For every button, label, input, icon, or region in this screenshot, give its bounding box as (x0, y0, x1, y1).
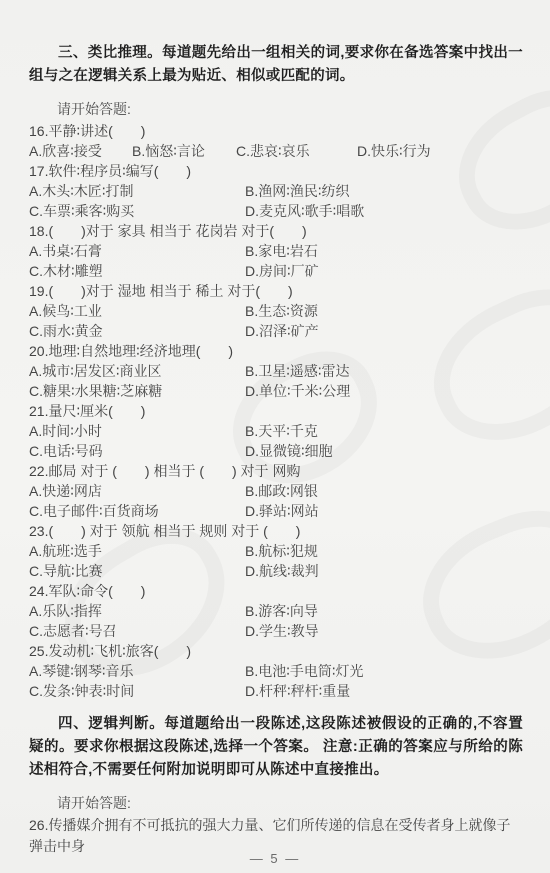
question-23-option-d: D.航线∶裁判 (245, 561, 523, 581)
question-23-options: A.航班∶选手 B.航标∶犯规 C.导航∶比赛 D.航线∶裁判 (29, 541, 523, 581)
question-23-option-a: A.航班∶选手 (29, 541, 245, 561)
question-16-option-b: B.恼怒∶言论 (132, 141, 236, 161)
section-3-start-prompt: 请开始答题: (29, 99, 523, 119)
question-19-option-a: A.候鸟∶工业 (29, 301, 245, 321)
section-4: 四、逻辑判断。每道题给出一段陈述,这段陈述被假设的正确的,不容置疑的。要求你根据… (29, 713, 523, 857)
question-22: 22.邮局 对于 ( ) 相当于 ( ) 对于 网购 A.快递∶网店 B.邮政∶… (29, 461, 523, 521)
question-20-options: A.城市∶居发区∶商业区 B.卫星∶遥感∶雷达 C.糖果∶水果糖∶芝麻糖 D.单… (29, 361, 523, 401)
question-19-stem: 19.( )对于 湿地 相当于 稀土 对于( ) (29, 281, 523, 301)
section-4-intro: 四、逻辑判断。每道题给出一段陈述,这段陈述被假设的正确的,不容置疑的。要求你根据… (29, 713, 523, 782)
question-23-stem: 23.( ) 对于 领航 相当于 规则 对于 ( ) (29, 521, 523, 541)
question-22-option-a: A.快递∶网店 (29, 481, 245, 501)
document-page: 三、类比推理。每道题先给出一组相关的词,要求你在备选答案中找出一组与之在逻辑关系… (0, 0, 550, 873)
question-21-stem: 21.量尺∶厘米( ) (29, 401, 523, 421)
question-16-options: A.欣喜∶接受 B.恼怒∶言论 C.悲哀∶哀乐 D.快乐∶行为 (29, 141, 523, 161)
section-3-intro: 三、类比推理。每道题先给出一组相关的词,要求你在备选答案中找出一组与之在逻辑关系… (29, 42, 523, 88)
question-21-option-a: A.时间∶小时 (29, 421, 245, 441)
question-25-option-d: D.杆秤∶秤杆∶重量 (245, 681, 523, 701)
question-21-options: A.时间∶小时 B.天平∶千克 C.电话∶号码 D.显微镜∶细胞 (29, 421, 523, 461)
question-19: 19.( )对于 湿地 相当于 稀土 对于( ) A.候鸟∶工业 B.生态∶资源… (29, 281, 523, 341)
question-24-option-d: D.学生∶教导 (245, 621, 523, 641)
question-18-option-d: D.房间∶厂矿 (245, 261, 523, 281)
question-20-option-d: D.单位∶千米∶公理 (245, 381, 523, 401)
question-23-option-c: C.导航∶比赛 (29, 561, 245, 581)
question-20-option-c: C.糖果∶水果糖∶芝麻糖 (29, 381, 245, 401)
question-16-option-d: D.快乐∶行为 (357, 141, 523, 161)
question-24-options: A.乐队∶指挥 B.游客∶向导 C.志愿者∶号召 D.学生∶教导 (29, 601, 523, 641)
question-21: 21.量尺∶厘米( ) A.时间∶小时 B.天平∶千克 C.电话∶号码 D.显微… (29, 401, 523, 461)
question-20-option-b: B.卫星∶遥感∶雷达 (245, 361, 523, 381)
question-18-option-c: C.木材∶雕塑 (29, 261, 245, 281)
question-19-options: A.候鸟∶工业 B.生态∶资源 C.雨水∶黄金 D.沼泽∶矿产 (29, 301, 523, 341)
question-17-option-c: C.车票∶乘客∶购买 (29, 201, 245, 221)
question-16: 16.平静∶讲述( ) A.欣喜∶接受 B.恼怒∶言论 C.悲哀∶哀乐 D.快乐… (29, 121, 523, 161)
question-21-option-b: B.天平∶千克 (245, 421, 523, 441)
question-18-options: A.书桌∶石膏 B.家电∶岩石 C.木材∶雕塑 D.房间∶厂矿 (29, 241, 523, 281)
question-16-stem: 16.平静∶讲述( ) (29, 121, 523, 141)
question-24-option-a: A.乐队∶指挥 (29, 601, 245, 621)
question-22-option-d: D.驿站∶网站 (245, 501, 523, 521)
question-19-option-d: D.沼泽∶矿产 (245, 321, 523, 341)
question-25-option-a: A.琴键∶钢琴∶音乐 (29, 661, 245, 681)
question-22-option-c: C.电子邮件∶百货商场 (29, 501, 245, 521)
question-25: 25.发动机∶飞机∶旅客( ) A.琴键∶钢琴∶音乐 B.电池∶手电筒∶灯光 C… (29, 641, 523, 701)
question-17-option-d: D.麦克风∶歌手∶唱歌 (245, 201, 523, 221)
question-20-stem: 20.地理∶自然地理∶经济地理( ) (29, 341, 523, 361)
question-25-option-b: B.电池∶手电筒∶灯光 (245, 661, 523, 681)
question-21-option-c: C.电话∶号码 (29, 441, 245, 461)
question-25-stem: 25.发动机∶飞机∶旅客( ) (29, 641, 523, 661)
question-17: 17.软件∶程序员∶编写( ) A.木头∶木匠∶打制 B.渔网∶渔民∶纺织 C.… (29, 161, 523, 221)
question-24: 24.军队∶命令( ) A.乐队∶指挥 B.游客∶向导 C.志愿者∶号召 D.学… (29, 581, 523, 641)
question-22-stem: 22.邮局 对于 ( ) 相当于 ( ) 对于 网购 (29, 461, 523, 481)
section-4-start-prompt: 请开始答题: (29, 793, 523, 813)
question-24-stem: 24.军队∶命令( ) (29, 581, 523, 601)
question-25-options: A.琴键∶钢琴∶音乐 B.电池∶手电筒∶灯光 C.发条∶钟表∶时间 D.杆秤∶秤… (29, 661, 523, 701)
question-22-option-b: B.邮政∶网银 (245, 481, 523, 501)
question-17-options: A.木头∶木匠∶打制 B.渔网∶渔民∶纺织 C.车票∶乘客∶购买 D.麦克风∶歌… (29, 181, 523, 221)
question-20-option-a: A.城市∶居发区∶商业区 (29, 361, 245, 381)
question-23: 23.( ) 对于 领航 相当于 规则 对于 ( ) A.航班∶选手 B.航标∶… (29, 521, 523, 581)
question-19-option-b: B.生态∶资源 (245, 301, 523, 321)
question-18: 18.( )对于 家具 相当于 花岗岩 对于( ) A.书桌∶石膏 B.家电∶岩… (29, 221, 523, 281)
question-18-option-b: B.家电∶岩石 (245, 241, 523, 261)
question-22-options: A.快递∶网店 B.邮政∶网银 C.电子邮件∶百货商场 D.驿站∶网站 (29, 481, 523, 521)
page-number: — 5 — (0, 851, 550, 866)
question-18-option-a: A.书桌∶石膏 (29, 241, 245, 261)
question-23-option-b: B.航标∶犯规 (245, 541, 523, 561)
question-17-option-a: A.木头∶木匠∶打制 (29, 181, 245, 201)
question-19-option-c: C.雨水∶黄金 (29, 321, 245, 341)
question-24-option-b: B.游客∶向导 (245, 601, 523, 621)
question-18-stem: 18.( )对于 家具 相当于 花岗岩 对于( ) (29, 221, 523, 241)
question-20: 20.地理∶自然地理∶经济地理( ) A.城市∶居发区∶商业区 B.卫星∶遥感∶… (29, 341, 523, 401)
page-content: 三、类比推理。每道题先给出一组相关的词,要求你在备选答案中找出一组与之在逻辑关系… (29, 42, 523, 857)
question-16-option-a: A.欣喜∶接受 (29, 141, 132, 161)
question-25-option-c: C.发条∶钟表∶时间 (29, 681, 245, 701)
question-17-stem: 17.软件∶程序员∶编写( ) (29, 161, 523, 181)
question-16-option-c: C.悲哀∶哀乐 (236, 141, 357, 161)
question-21-option-d: D.显微镜∶细胞 (245, 441, 523, 461)
question-17-option-b: B.渔网∶渔民∶纺织 (245, 181, 523, 201)
question-24-option-c: C.志愿者∶号召 (29, 621, 245, 641)
